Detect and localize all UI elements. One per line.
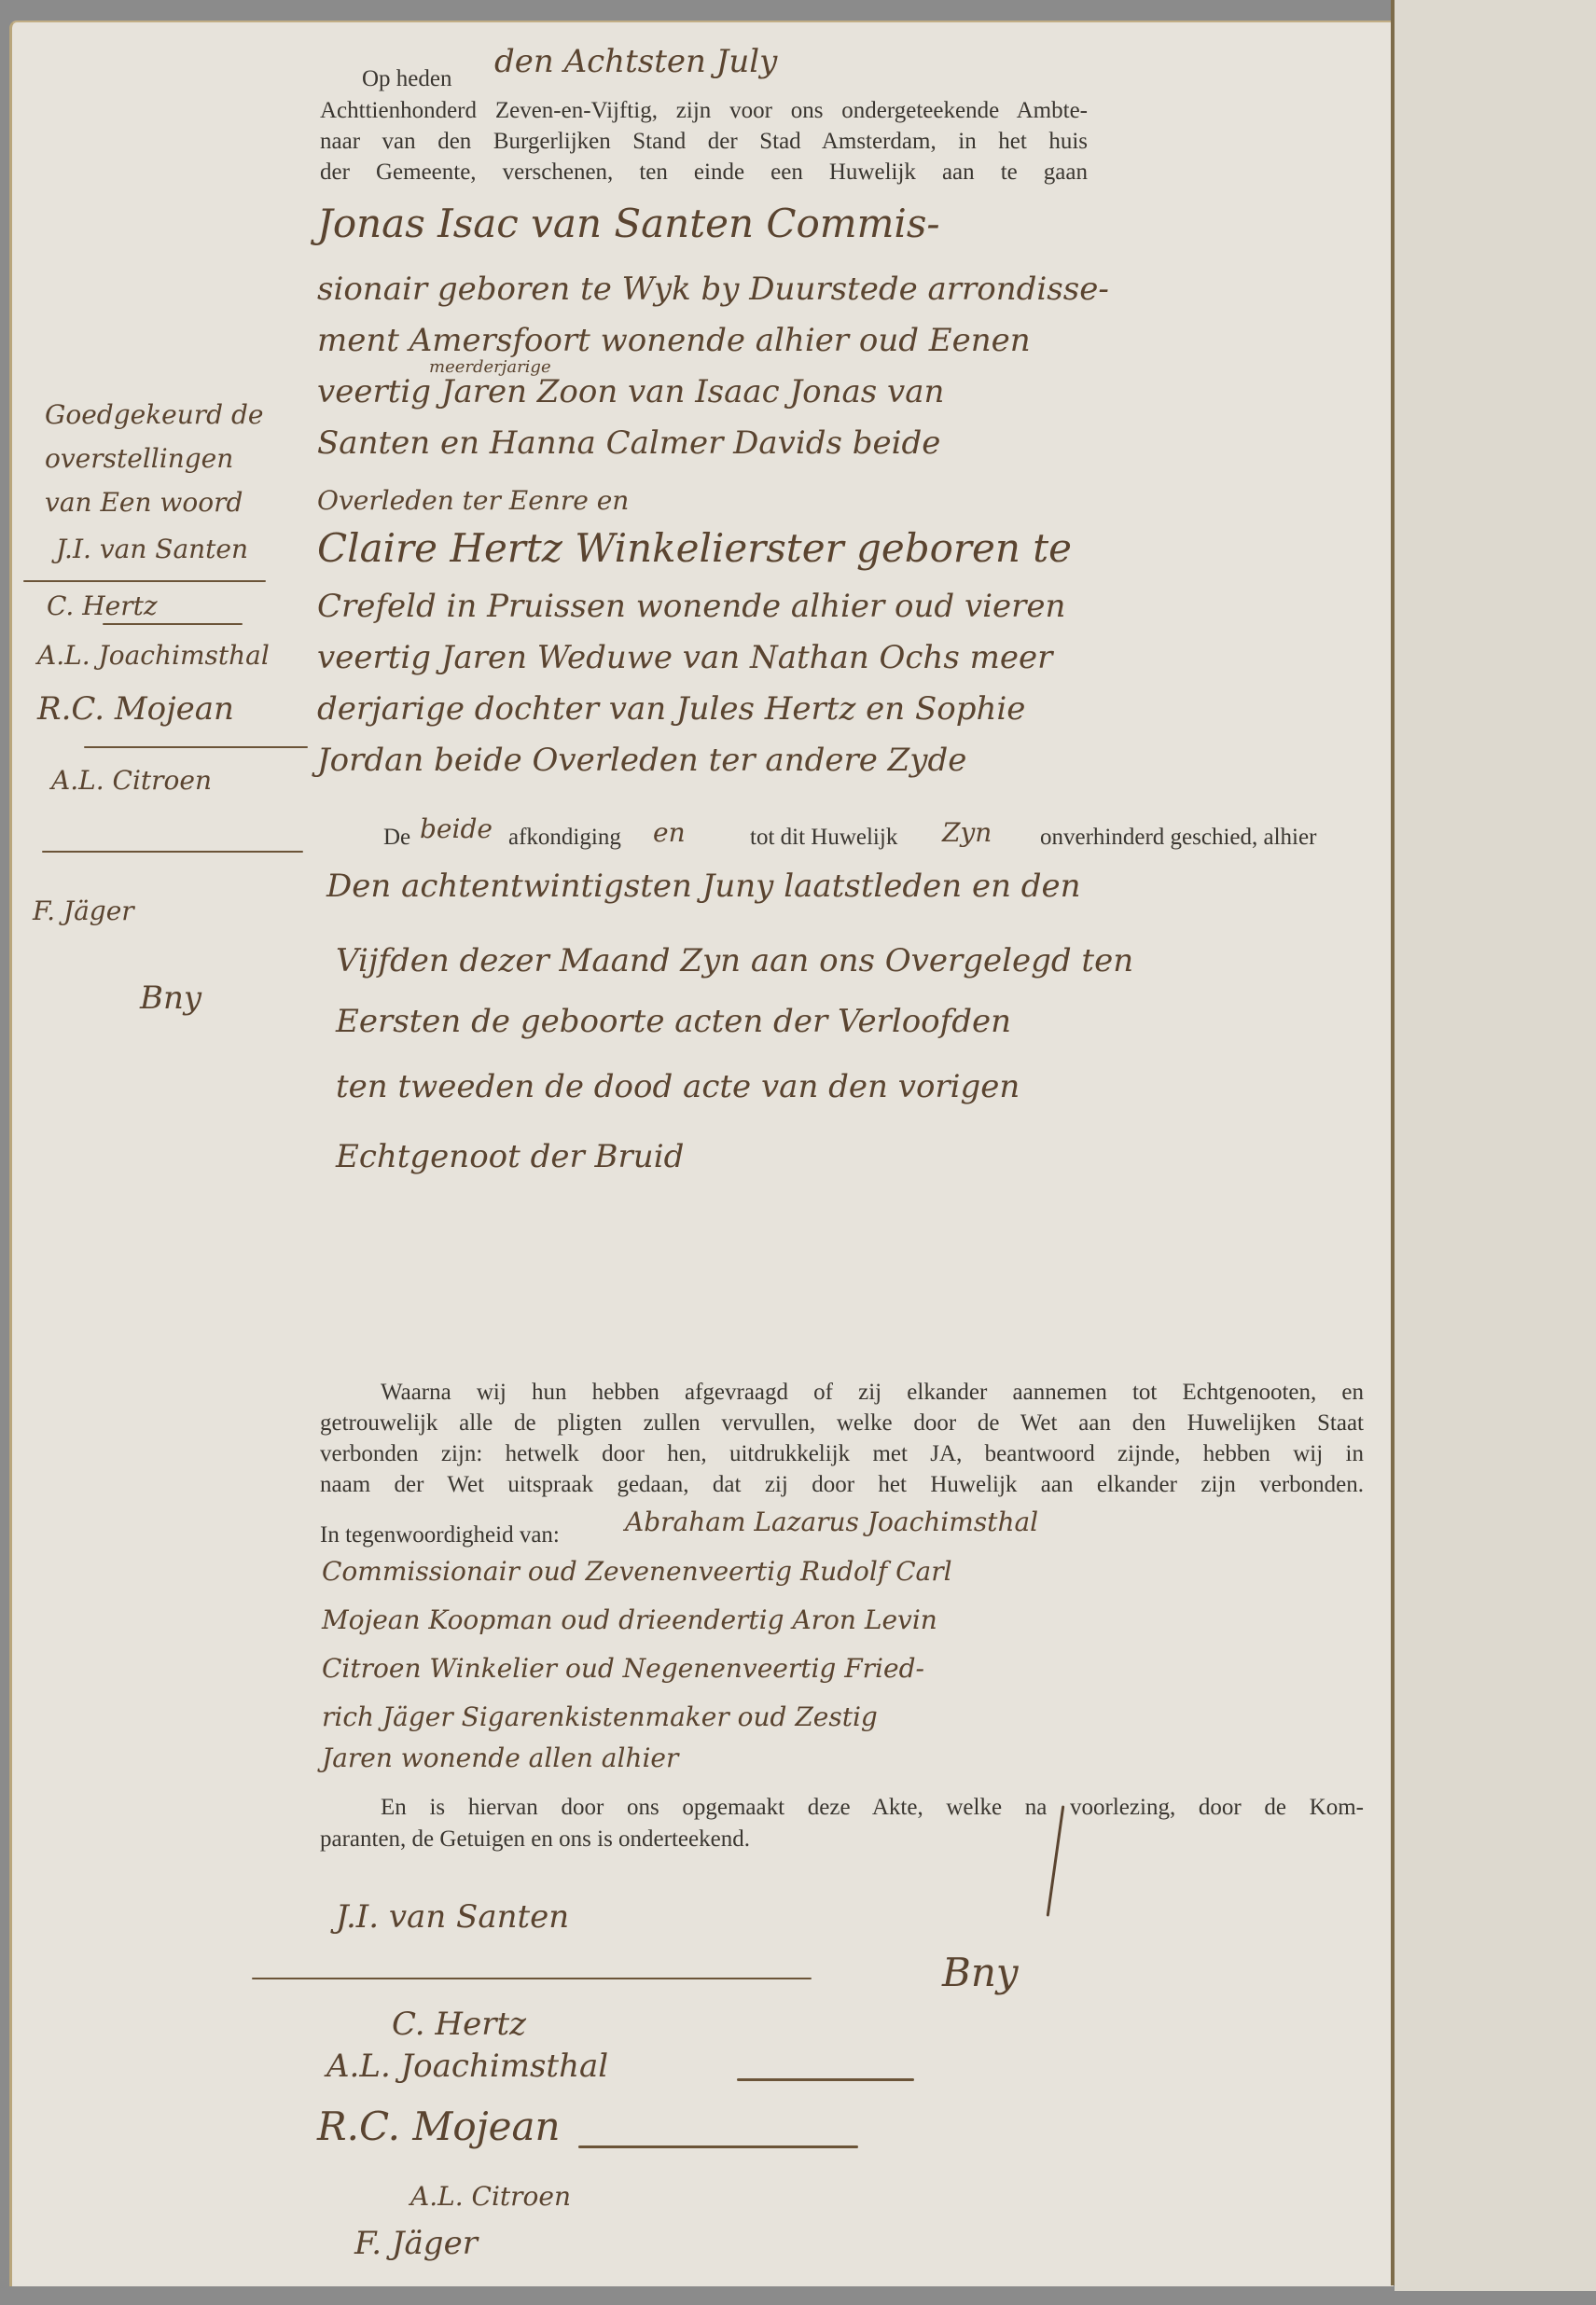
margin-flourish-1: [23, 580, 266, 582]
party-line-1: Jonas Isac van Santen Commis-: [317, 201, 940, 246]
margin-note-2: overstellingen: [45, 443, 233, 474]
banns-cont-2: Vijfden dezer Maand Zyn aan ons Overgele…: [336, 942, 1133, 979]
banns-hand-2: en: [653, 817, 686, 848]
banns-mid: tot dit Huwelijk: [750, 822, 897, 853]
banns-afkondiging: afkondiging: [508, 822, 621, 853]
margin-note-1: Goedgekeurd de: [45, 399, 264, 430]
banns-hand-1: beide: [420, 813, 493, 844]
opening-line-1: Achttienhonderd Zeven-en-Vijftig, zijn v…: [320, 95, 1088, 126]
margin-flourish-5: [42, 851, 303, 853]
opening-line-2: naar van den Burgerlijken Stand der Stad…: [320, 126, 1088, 157]
witness-line-5: rich Jäger Sigarenkistenmaker oud Zestig: [322, 1701, 878, 1732]
party-line-5: Santen en Hanna Calmer Davids beide: [317, 424, 940, 462]
margin-sig-5: A.L. Citroen: [51, 765, 212, 796]
margin-underline-2: [103, 623, 243, 625]
signature-witness-3: A.L. Citroen: [410, 2181, 571, 2212]
vows-line-2: getrouwelijk alle de pligten zullen verv…: [320, 1408, 1364, 1438]
vows-line-1: Waarna wij hun hebben afgevraagd of zij …: [381, 1377, 1364, 1408]
bleed-through-text: [1450, 1376, 1581, 1402]
margin-sig-6: F. Jäger: [33, 896, 134, 926]
vows-line-3: verbonden zijn: hetwelk door hen, uitdru…: [320, 1438, 1364, 1469]
adjacent-page: [1395, 0, 1596, 2291]
signature-witness-1-tail: [737, 2078, 914, 2081]
signature-witness-4: F. Jäger: [354, 2225, 478, 2262]
margin-sig-2: C. Hertz: [47, 590, 158, 621]
party-line-2: sionair geboren te Wyk by Duurstede arro…: [317, 271, 1109, 308]
closing-line-1: En is hiervan door ons opgemaakt deze Ak…: [381, 1792, 1364, 1823]
margin-underline-4: [84, 746, 308, 748]
party-line-3: ment Amersfoort wonende alhier oud Eenen: [317, 322, 1031, 359]
witness-line-4: Citroen Winkelier oud Negenenveertig Fri…: [322, 1653, 924, 1684]
banns-end: onverhinderd geschied, alhier: [1040, 822, 1316, 853]
signature-official: Bny: [942, 1950, 1019, 1995]
signature-bride: C. Hertz: [392, 2006, 526, 2043]
signature-witness-2: R.C. Mojean: [317, 2104, 561, 2149]
witness-line-6: Jaren wonende allen alhier: [322, 1743, 678, 1773]
party-line-10: derjarige dochter van Jules Hertz en Sop…: [317, 690, 1025, 728]
party-line-4: veertig Jaren Zoon van Isaac Jonas van: [317, 373, 944, 410]
margin-sig-4: R.C. Mojean: [37, 690, 234, 728]
banns-cont-1: Den achtentwintigsten Juny laatstleden e…: [326, 868, 1081, 905]
witnesses-prefix: In tegenwoordigheid van:: [320, 1520, 560, 1550]
witness-line-1: Abraham Lazarus Joachimsthal: [625, 1507, 1038, 1537]
banns-cont-4: ten tweeden de dood acte van den vorigen: [336, 1068, 1020, 1105]
party-line-8: Crefeld in Pruissen wonende alhier oud v…: [317, 588, 1065, 625]
certificate-page: [9, 21, 1394, 2286]
margin-sig-3: A.L. Joachimsthal: [37, 640, 270, 671]
opening-line-3: der Gemeente, verschenen, ten einde een …: [320, 157, 1088, 187]
banns-cont-5: Echtgenoot der Bruid: [336, 1138, 684, 1175]
margin-sig-1: J.I. van Santen: [56, 534, 248, 564]
witness-line-2: Commissionair oud Zevenenveertig Rudolf …: [322, 1556, 952, 1587]
witness-line-3: Mojean Koopman oud drieendertig Aron Lev…: [322, 1604, 937, 1635]
opening-prefix: Op heden: [362, 63, 452, 94]
signature-groom: J.I. van Santen: [336, 1898, 569, 1936]
party-line-9: veertig Jaren Weduwe van Nathan Ochs mee…: [317, 639, 1052, 676]
banns-de: De: [383, 822, 410, 853]
party-line-7: Claire Hertz Winkelierster geboren te: [317, 525, 1072, 571]
party-line-6: Overleden ter Eenre en: [317, 485, 629, 516]
handwritten-date: den Achtsten July: [494, 43, 777, 80]
party-line-11: Jordan beide Overleden ter andere Zyde: [317, 742, 966, 779]
vows-line-4: naam der Wet uitspraak gedaan, dat zij d…: [320, 1469, 1364, 1500]
banns-hand-3: Zyn: [942, 817, 992, 848]
signature-groom-flourish: [252, 1978, 812, 1979]
margin-note-3: van Een woord: [45, 487, 243, 518]
margin-sig-official: Bny: [140, 979, 201, 1017]
signature-witness-1: A.L. Joachimsthal: [326, 2048, 608, 2085]
closing-line-2: paranten, de Getuigen en ons is ondertee…: [320, 1824, 750, 1854]
banns-cont-3: Eersten de geboorte acten der Verloofden: [336, 1003, 1011, 1040]
signature-witness-2-tail: [578, 2145, 858, 2148]
